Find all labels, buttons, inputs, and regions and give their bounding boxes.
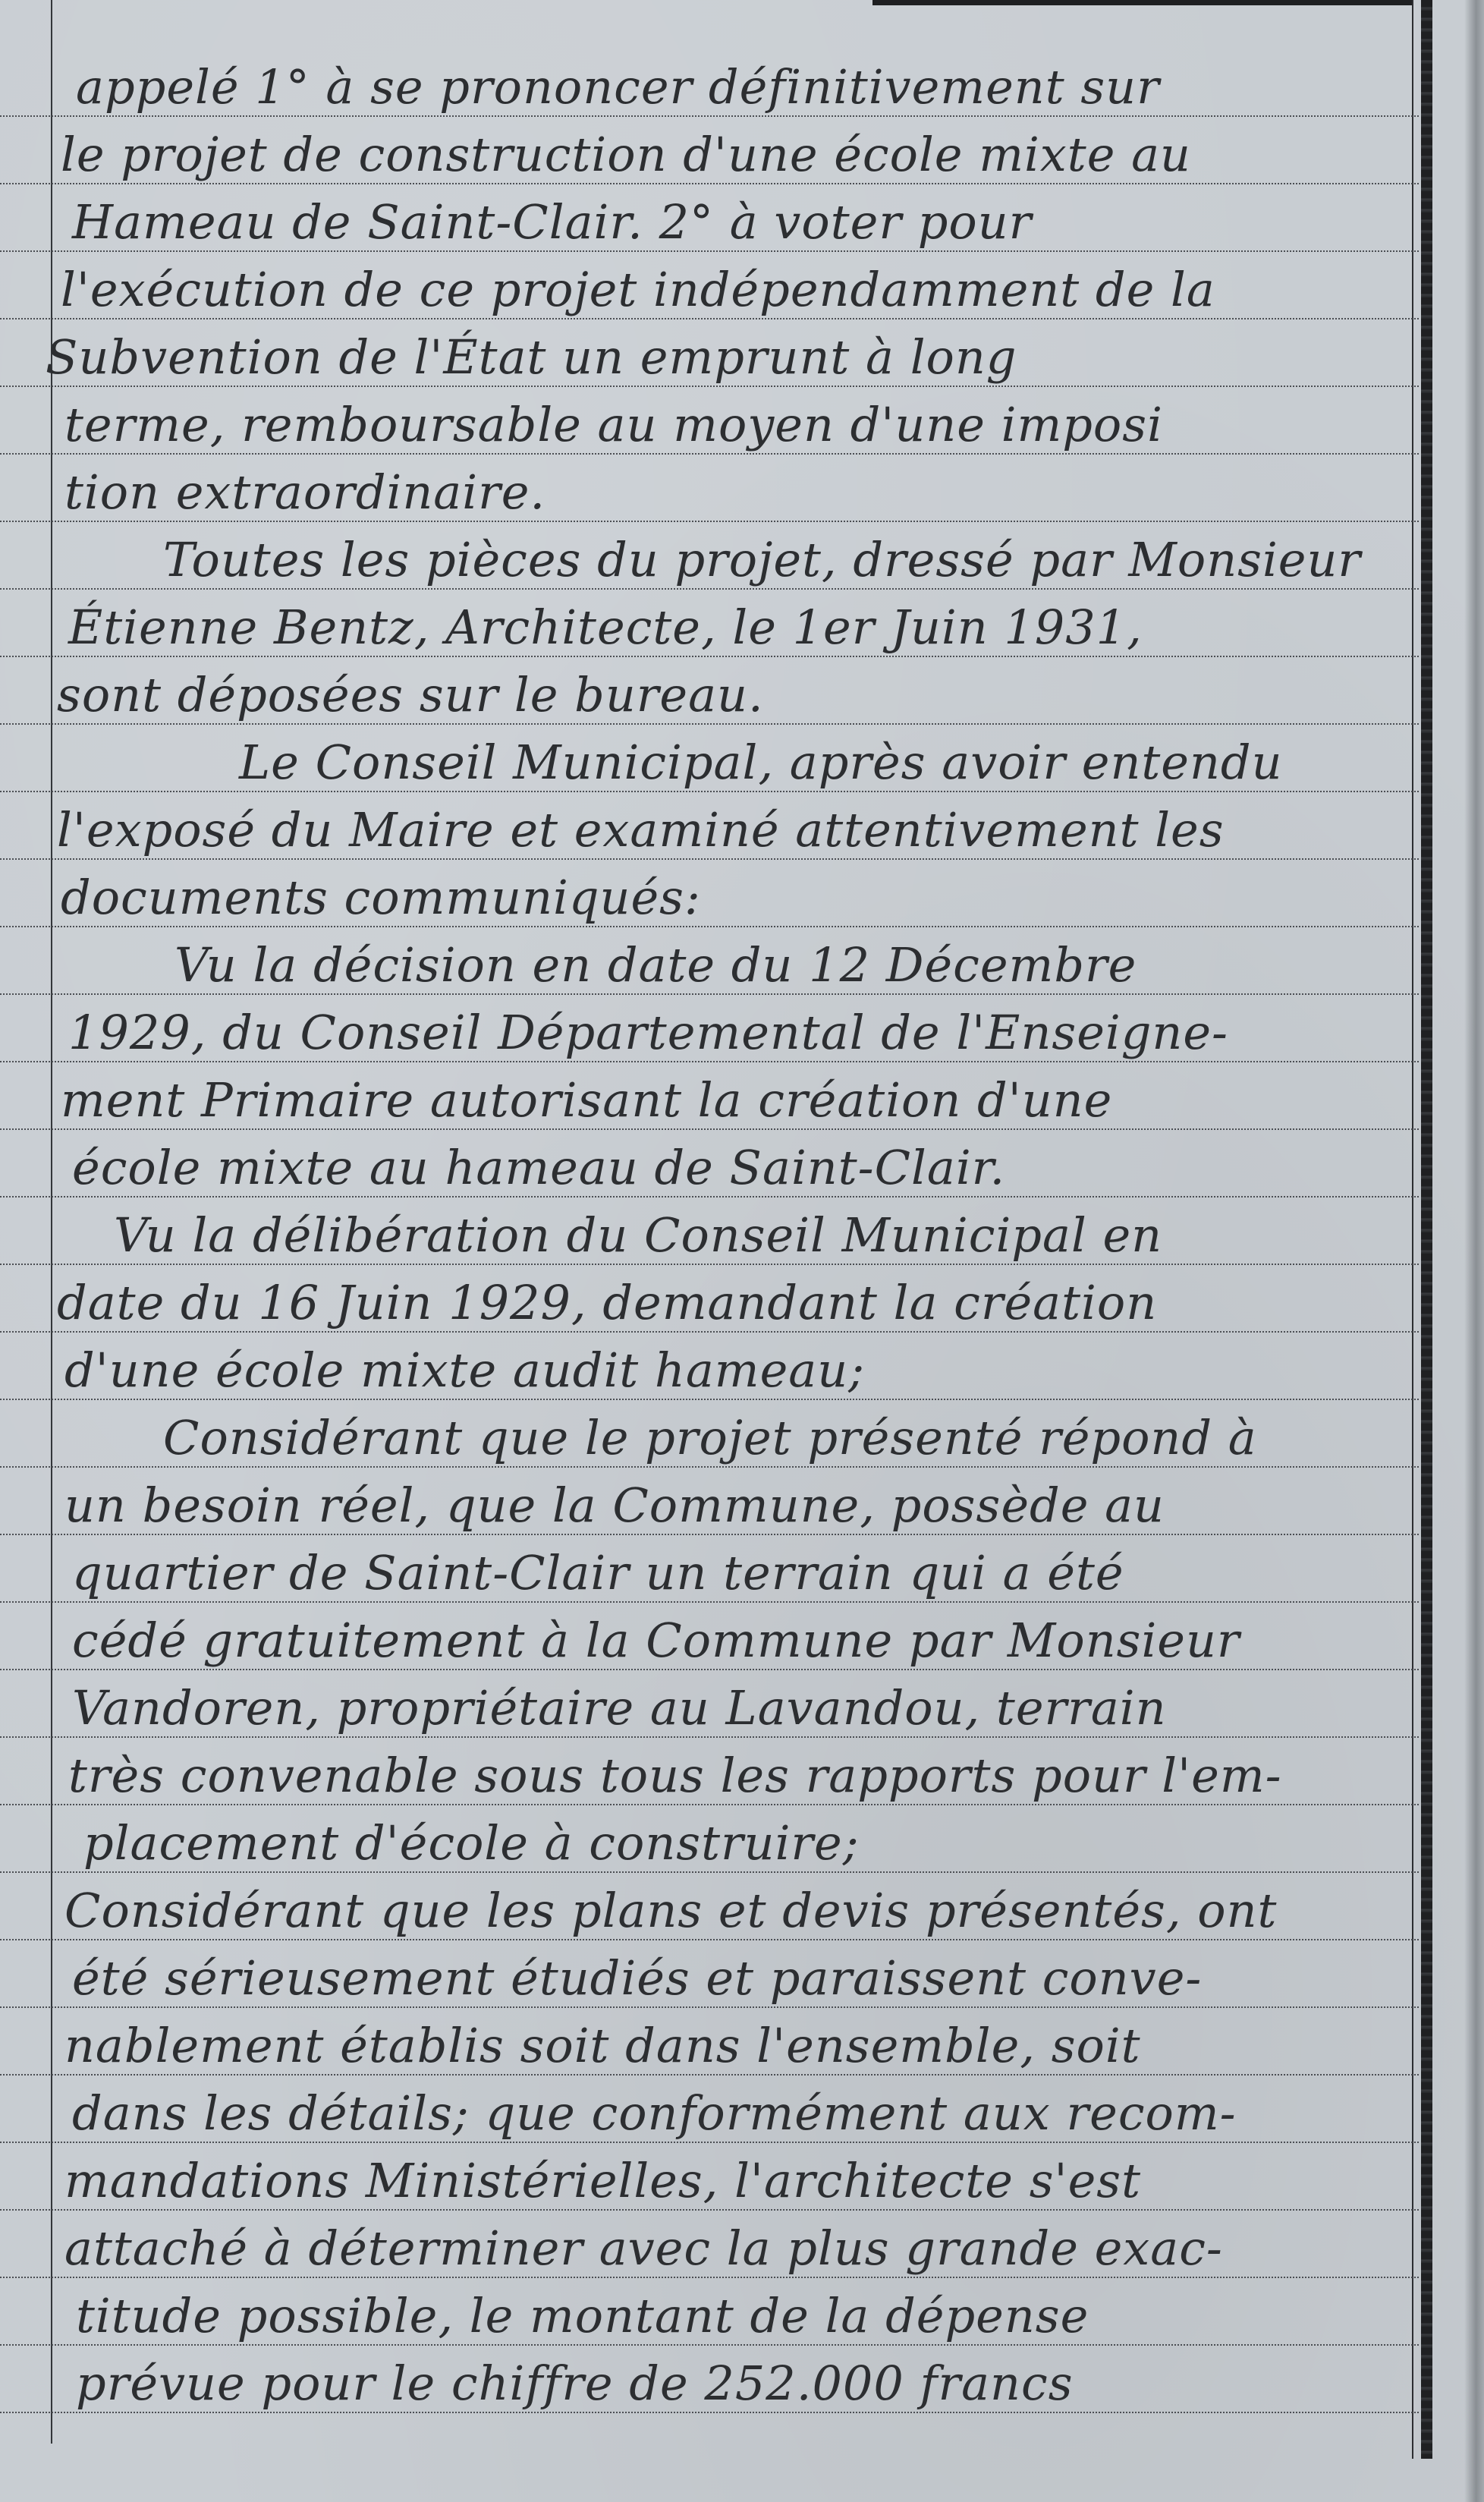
text-line-content: Subvention de l'État un emprunt à long: [46, 334, 1017, 381]
text-line-content: terme, remboursable au moyen d'une impos…: [64, 401, 1163, 448]
text-line-content: documents communiqués:: [61, 874, 701, 921]
text-line-content: Vu la délibération du Conseil Municipal …: [114, 1212, 1162, 1259]
text-line: terme, remboursable au moyen d'une impos…: [0, 386, 1411, 453]
text-line-content: ment Primaire autorisant la création d'u…: [61, 1077, 1112, 1124]
right-margin-rule: [1412, 0, 1413, 2459]
text-line: Considérant que le projet présenté répon…: [0, 1399, 1411, 1466]
text-line-content: Toutes les pièces du projet, dressé par …: [163, 537, 1361, 584]
text-line: Vu la décision en date du 12 Décembre: [0, 926, 1411, 993]
text-line-content: titude possible, le montant de la dépens…: [76, 2293, 1089, 2340]
text-line-content: Hameau de Saint-Clair. 2° à voter pour: [72, 199, 1032, 246]
text-line: un besoin réel, que la Commune, possède …: [0, 1466, 1411, 1534]
text-line: date du 16 Juin 1929, demandant la créat…: [0, 1264, 1411, 1331]
text-line-content: le projet de construction d'une école mi…: [61, 131, 1191, 178]
text-line-content: Considérant que les plans et devis prése…: [64, 1887, 1277, 1934]
text-line-content: cédé gratuitement à la Commune par Monsi…: [72, 1617, 1240, 1664]
text-line-content: Vu la décision en date du 12 Décembre: [174, 942, 1137, 989]
text-line: cédé gratuitement à la Commune par Monsi…: [0, 1601, 1411, 1669]
text-line-content: mandations Ministérielles, l'architecte …: [64, 2157, 1141, 2205]
text-line: l'exposé du Maire et examiné attentiveme…: [0, 791, 1411, 858]
text-line-content: placement d'école à construire;: [83, 1820, 860, 1867]
text-line: Étienne Bentz, Architecte, le 1er Juin 1…: [0, 588, 1411, 656]
text-line: placement d'école à construire;: [0, 1804, 1411, 1871]
dotted-baseline-rule: [0, 2412, 1419, 2413]
text-line: l'exécution de ce projet indépendamment …: [0, 250, 1411, 318]
text-line: d'une école mixte audit hameau;: [0, 1331, 1411, 1399]
text-line-content: d'une école mixte audit hameau;: [64, 1347, 865, 1394]
text-line: tion extraordinaire.: [0, 453, 1411, 521]
text-line: sont déposées sur le bureau.: [0, 656, 1411, 723]
text-line: quartier de Saint-Clair un terrain qui a…: [0, 1534, 1411, 1601]
text-line: mandations Ministérielles, l'architecte …: [0, 2142, 1411, 2209]
text-line-content: dans les détails; que conformément aux r…: [72, 2090, 1237, 2137]
text-line: ment Primaire autorisant la création d'u…: [0, 1061, 1411, 1128]
text-line-content: été sérieusement étudiés et paraissent c…: [72, 1955, 1202, 2002]
text-line-content: l'exécution de ce projet indépendamment …: [61, 266, 1215, 313]
text-line: appelé 1° à se prononcer définitivement …: [0, 48, 1411, 115]
register-page: appelé 1° à se prononcer définitivement …: [0, 0, 1484, 2502]
text-line-content: un besoin réel, que la Commune, possède …: [64, 1482, 1165, 1529]
text-line: nablement établis soit dans l'ensemble, …: [0, 2006, 1411, 2074]
text-line-content: attaché à déterminer avec la plus grande…: [64, 2225, 1223, 2272]
text-line: documents communiqués:: [0, 858, 1411, 926]
text-line: prévue pour le chiffre de 252.000 francs: [0, 2344, 1411, 2412]
text-line-content: Considérant que le projet présenté répon…: [163, 1415, 1257, 1462]
text-line: titude possible, le montant de la dépens…: [0, 2277, 1411, 2344]
text-line-content: l'exposé du Maire et examiné attentiveme…: [57, 807, 1225, 854]
text-line-content: quartier de Saint-Clair un terrain qui a…: [72, 1550, 1124, 1597]
text-line: Toutes les pièces du projet, dressé par …: [0, 521, 1411, 588]
text-line: Considérant que les plans et devis prése…: [0, 1871, 1411, 1939]
text-line-content: prévue pour le chiffre de 252.000 francs: [76, 2360, 1074, 2407]
text-line: Le Conseil Municipal, après avoir entend…: [0, 723, 1411, 791]
text-line-content: sont déposées sur le bureau.: [57, 672, 764, 719]
text-line-content: appelé 1° à se prononcer définitivement …: [76, 64, 1160, 111]
text-line-content: Étienne Bentz, Architecte, le 1er Juin 1…: [68, 604, 1143, 651]
text-line: très convenable sous tous les rapports p…: [0, 1736, 1411, 1804]
text-line: Subvention de l'État un emprunt à long: [0, 318, 1411, 386]
right-binding-border: [1421, 0, 1432, 2459]
text-line-content: tion extraordinaire.: [64, 469, 545, 516]
top-border-bar: [872, 0, 1413, 5]
text-line-content: Vandoren, propriétaire au Lavandou, terr…: [72, 1685, 1167, 1732]
text-line: Vu la délibération du Conseil Municipal …: [0, 1196, 1411, 1264]
text-line-content: très convenable sous tous les rapports p…: [68, 1752, 1282, 1799]
text-line: Hameau de Saint-Clair. 2° à voter pour: [0, 183, 1411, 250]
text-line: Vandoren, propriétaire au Lavandou, terr…: [0, 1669, 1411, 1736]
text-line-content: école mixte au hameau de Saint-Clair.: [72, 1144, 1005, 1191]
text-line: le projet de construction d'une école mi…: [0, 115, 1411, 183]
text-line: attaché à déterminer avec la plus grande…: [0, 2209, 1411, 2277]
text-line-content: date du 16 Juin 1929, demandant la créat…: [57, 1279, 1157, 1327]
text-line: été sérieusement étudiés et paraissent c…: [0, 1939, 1411, 2006]
text-line-content: Le Conseil Municipal, après avoir entend…: [239, 739, 1283, 786]
text-line-content: 1929, du Conseil Départemental de l'Ense…: [68, 1009, 1228, 1056]
text-line: dans les détails; que conformément aux r…: [0, 2074, 1411, 2142]
text-line-content: nablement établis soit dans l'ensemble, …: [64, 2022, 1141, 2069]
text-line: 1929, du Conseil Départemental de l'Ense…: [0, 993, 1411, 1061]
text-line: école mixte au hameau de Saint-Clair.: [0, 1128, 1411, 1196]
page-edge-shadow: [1464, 0, 1484, 2502]
